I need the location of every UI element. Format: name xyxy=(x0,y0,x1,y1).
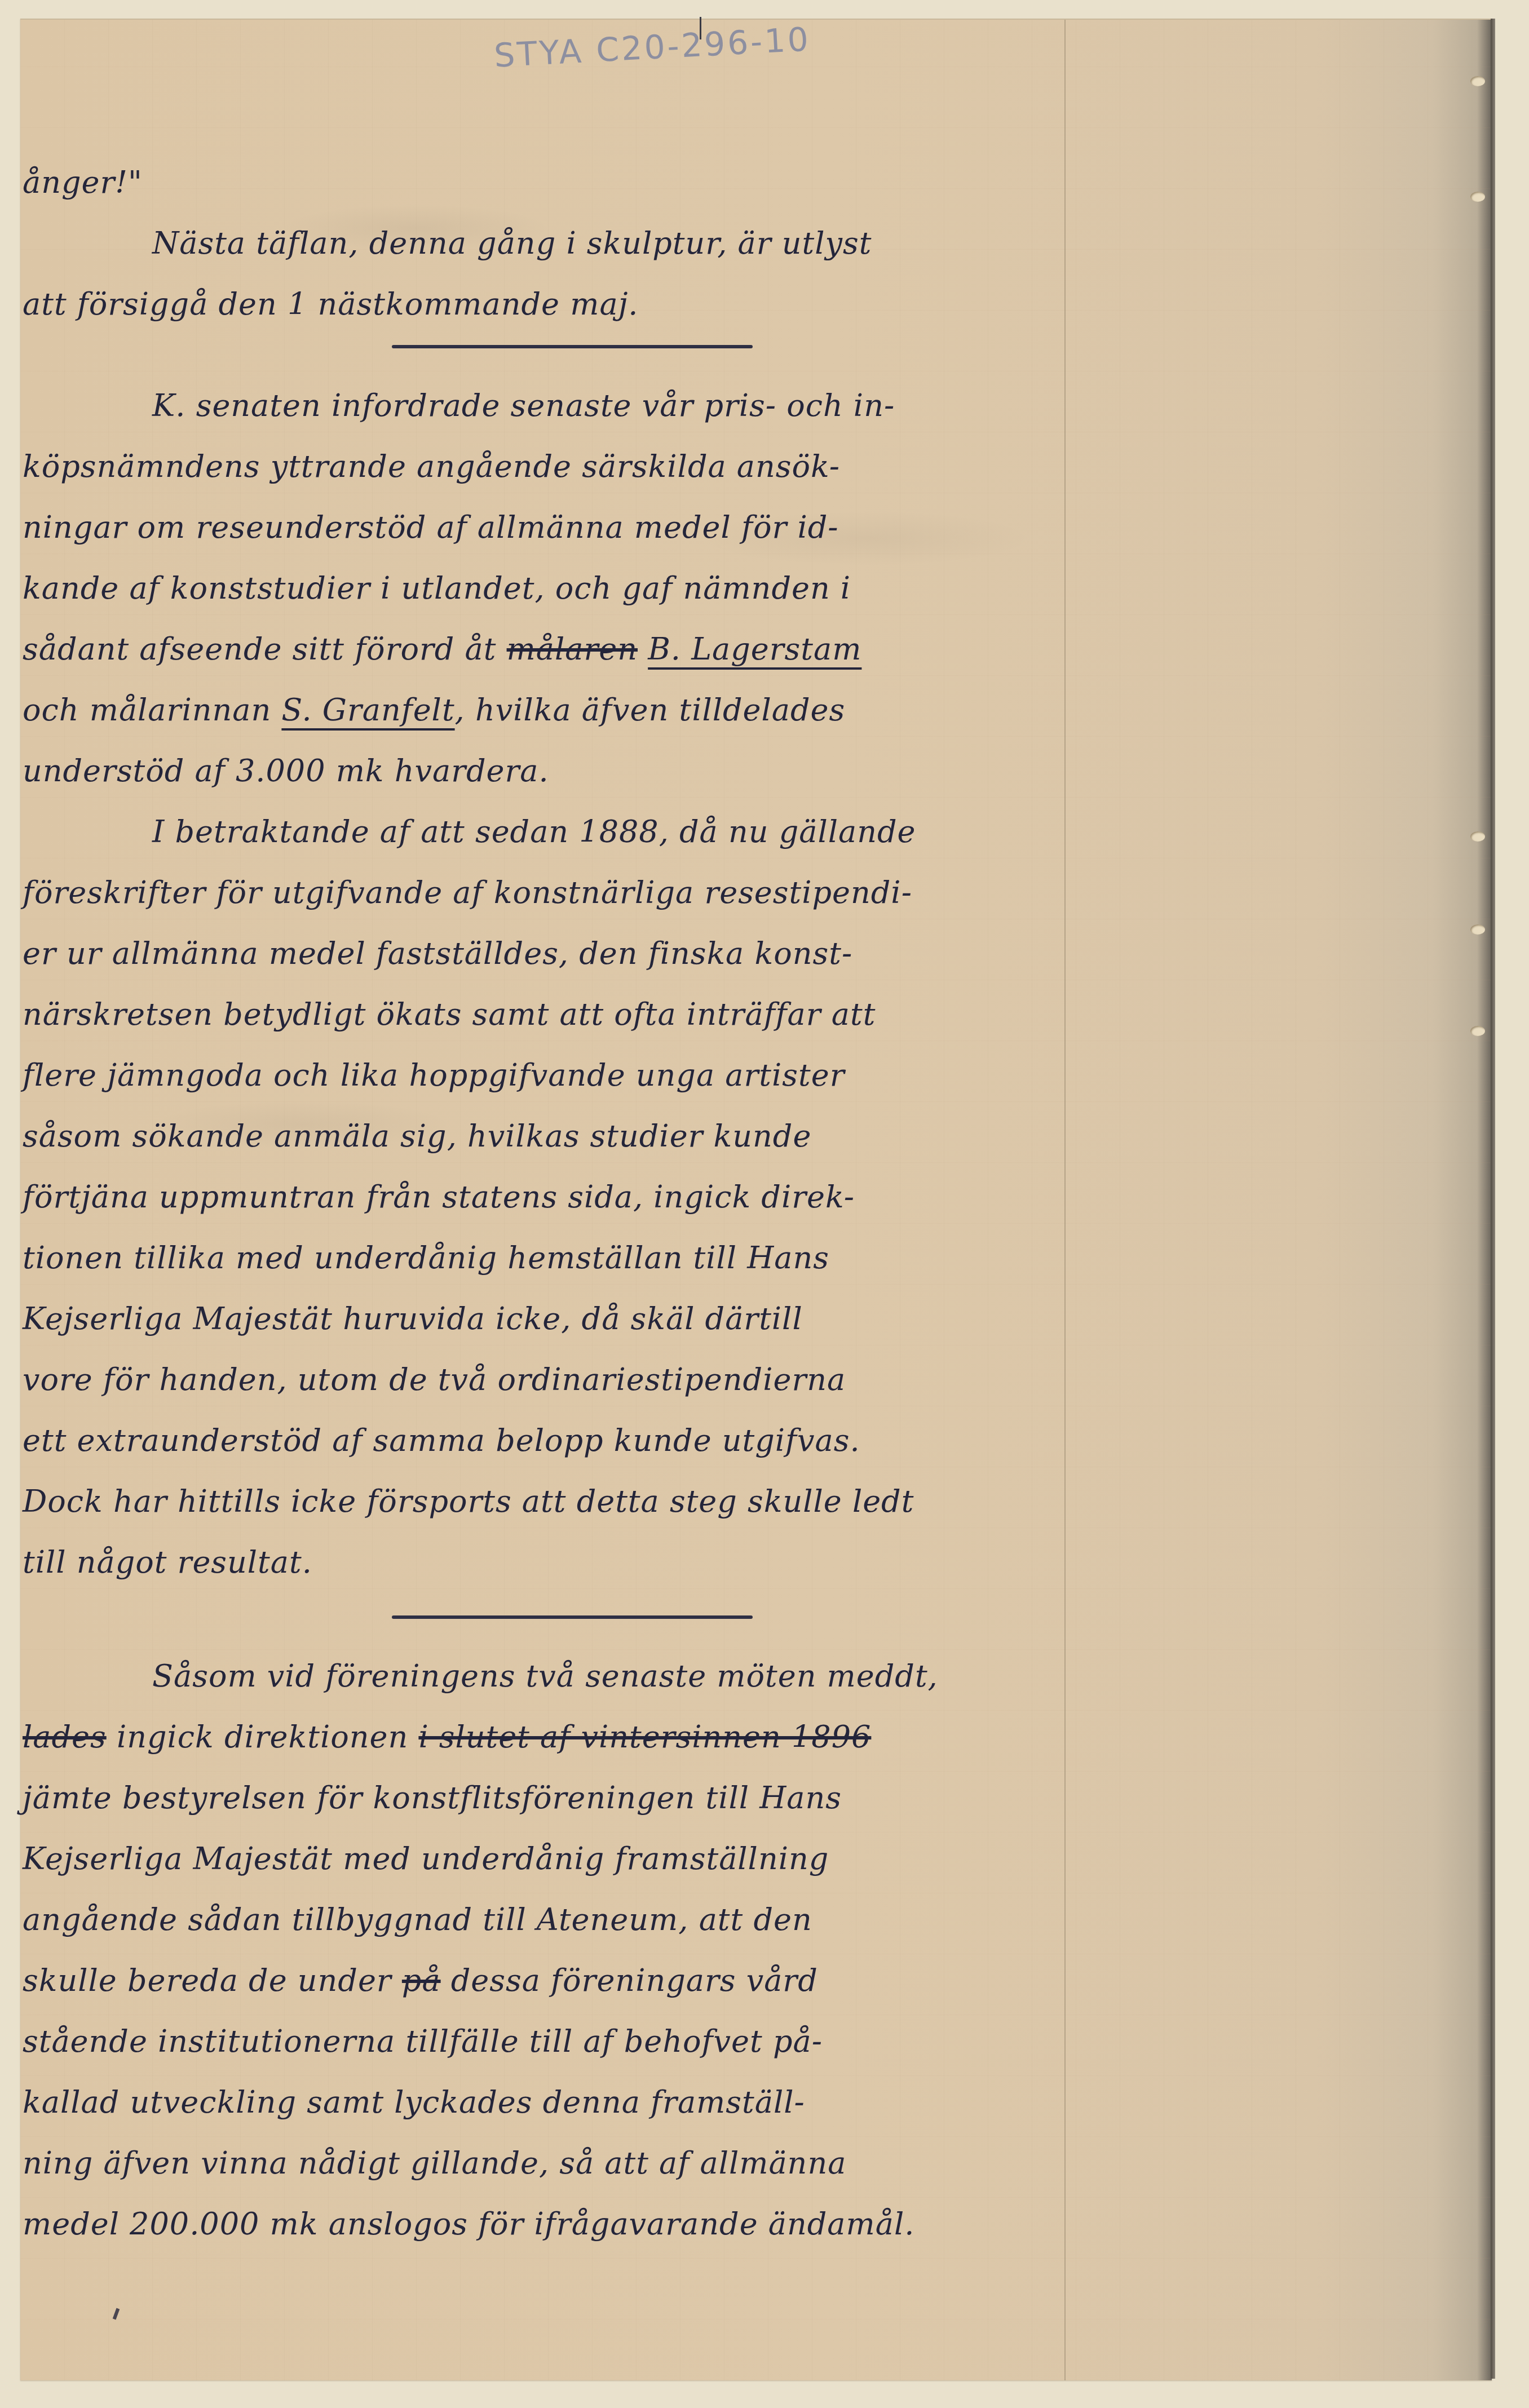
text-line: sådant afseende sitt förord åt målaren B… xyxy=(23,619,1094,680)
text-line: jämte bestyrelsen för konstflitsförening… xyxy=(23,1768,1094,1829)
text-line: ning äfven vinna nådigt gillande, så att… xyxy=(23,2133,1094,2194)
text-line: vore för handen, utom de två ordinariest… xyxy=(23,1349,1094,1410)
text-fragment: och målarinnan xyxy=(23,692,271,728)
binding-hole xyxy=(1470,76,1485,86)
text-line: och målarinnan S. Granfelt, hvilka äfven… xyxy=(23,680,1094,741)
struck-word: lades xyxy=(23,1719,107,1755)
binding-edge-shadow xyxy=(1491,19,1495,2379)
text-line: Såsom vid föreningens två senaste möten … xyxy=(23,1646,1094,1707)
text-line: understöd af 3.000 mk hvardera. xyxy=(23,741,1094,802)
text-line: ningar om reseunderstöd af allmänna mede… xyxy=(23,497,1094,558)
text-line: Kejserliga Majestät med underdånig frams… xyxy=(23,1829,1094,1889)
underlined-name: S. Granfelt xyxy=(281,692,454,728)
struck-phrase: i slutet af vintersinnen 1896 xyxy=(418,1719,871,1755)
text-line: lades ingick direktionen i slutet af vin… xyxy=(23,1707,1094,1768)
text-line: ett extraunderstöd af samma belopp kunde… xyxy=(23,1410,1094,1471)
text-line: Nästa täflan, denna gång i skulptur, är … xyxy=(23,213,1094,274)
text-line: tionen tillika med underdånig hemställan… xyxy=(23,1228,1094,1289)
text-fragment: sådant afseende sitt förord åt xyxy=(23,631,496,667)
text-line: K. senaten infordrade senaste vår pris- … xyxy=(23,375,1094,436)
underlined-name: B. Lagerstam xyxy=(648,631,861,667)
text-line: kande af konststudier i utlandet, och ga… xyxy=(23,558,1094,619)
text-line: Kejserliga Majestät huruvida icke, då sk… xyxy=(23,1289,1094,1349)
pencil-tick-mark xyxy=(700,17,701,39)
text-line: medel 200.000 mk anslogos för ifrågavara… xyxy=(23,2194,1094,2255)
text-line: såsom sökande anmäla sig, hvilkas studie… xyxy=(23,1106,1094,1167)
text-line: förtjäna uppmuntran från statens sida, i… xyxy=(23,1167,1094,1228)
handwritten-text: ånger!" Nästa täflan, denna gång i skulp… xyxy=(23,152,1094,2255)
binding-hole xyxy=(1470,192,1485,202)
text-line: angående sådan tillbyggnad till Ateneum,… xyxy=(23,1889,1094,1950)
text-fragment: ingick direktionen xyxy=(117,1719,408,1755)
text-line: att försiggå den 1 nästkommande maj. xyxy=(23,274,1094,335)
section-divider xyxy=(392,1615,753,1619)
binding-hole xyxy=(1470,1026,1485,1036)
text-line: föreskrifter för utgifvande af konstnärl… xyxy=(23,862,1094,923)
text-fragment: skulle bereda de under xyxy=(23,1963,392,1998)
text-line: flere jämngoda och lika hoppgifvande ung… xyxy=(23,1045,1094,1106)
text-line: Dock har hittills icke försports att det… xyxy=(23,1471,1094,1532)
text-line: närskretsen betydligt ökats samt att oft… xyxy=(23,984,1094,1045)
text-fragment: dessa föreningars vård xyxy=(451,1963,818,1998)
text-line: köpsnämndens yttrande angående särskilda… xyxy=(23,436,1094,497)
text-line: ånger!" xyxy=(23,152,1094,213)
binding-hole xyxy=(1470,924,1485,935)
text-line: stående institutionerna tillfälle till a… xyxy=(23,2011,1094,2072)
text-line: er ur allmänna medel fastställdes, den f… xyxy=(23,923,1094,984)
section-divider xyxy=(392,345,753,348)
struck-word: på xyxy=(402,1963,441,1998)
text-line: I betraktande af att sedan 1888, då nu g… xyxy=(23,802,1094,862)
binding-hole xyxy=(1470,831,1485,842)
text-line: skulle bereda de under på dessa förening… xyxy=(23,1950,1094,2011)
text-line: till något resultat. xyxy=(23,1532,1094,1593)
corrected-word: målaren xyxy=(507,631,638,667)
text-line: kallad utveckling samt lyckades denna fr… xyxy=(23,2072,1094,2133)
text-fragment: , hvilka äfven tilldelades xyxy=(455,692,846,728)
